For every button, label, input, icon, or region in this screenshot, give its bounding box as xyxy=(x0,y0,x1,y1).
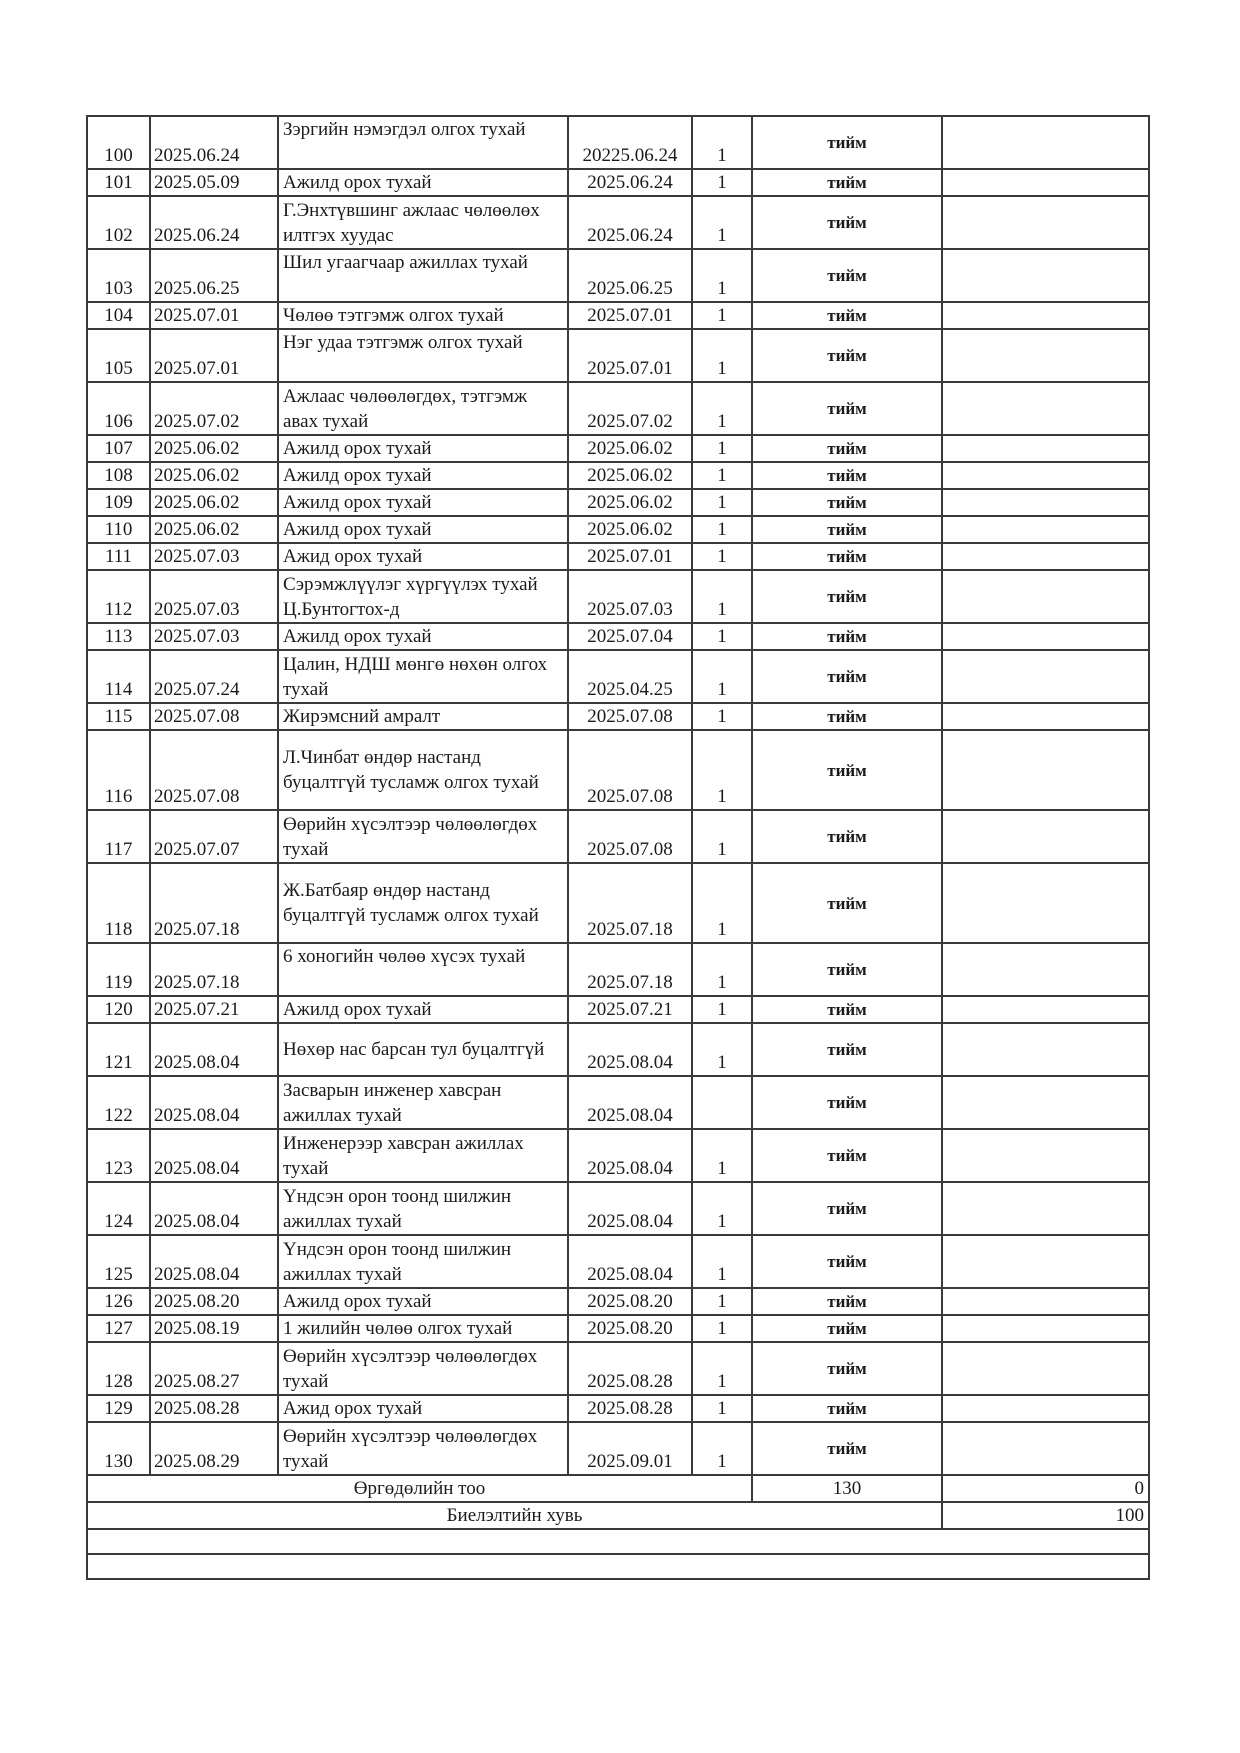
table-row: 112 2025.07.03 Сэрэмжлүүлэг хүргүүлэх ту… xyxy=(87,570,1149,623)
note xyxy=(942,249,1149,302)
received-date: 2025.06.02 xyxy=(150,489,278,516)
received-date: 2025.06.25 xyxy=(150,249,278,302)
subject: Ажлаас чөлөөлөгдөх, тэтгэмж авах тухай xyxy=(278,382,568,435)
table-row: 118 2025.07.18 Ж.Батбаяр өндөр настанд б… xyxy=(87,863,1149,943)
row-number: 105 xyxy=(87,329,150,382)
subject: Ажилд орох тухай xyxy=(278,516,568,543)
received-date: 2025.08.29 xyxy=(150,1422,278,1475)
count: 1 xyxy=(692,730,752,810)
row-number: 116 xyxy=(87,730,150,810)
note xyxy=(942,1182,1149,1235)
table-row: 104 2025.07.01 Чөлөө тэтгэмж олгох тухай… xyxy=(87,302,1149,329)
note xyxy=(942,1422,1149,1475)
resolved-date: 2025.07.08 xyxy=(568,730,692,810)
completion-row: Биелэлтийн хувь 100 xyxy=(87,1502,1149,1529)
resolved-date: 2025.06.02 xyxy=(568,516,692,543)
received-date: 2025.07.03 xyxy=(150,570,278,623)
status: тийм xyxy=(752,382,942,435)
count: 1 xyxy=(692,810,752,863)
resolved-date: 2025.09.01 xyxy=(568,1422,692,1475)
received-date: 2025.06.24 xyxy=(150,196,278,249)
row-number: 113 xyxy=(87,623,150,650)
row-number: 128 xyxy=(87,1342,150,1395)
table-row: 111 2025.07.03 Ажид орох тухай 2025.07.0… xyxy=(87,543,1149,570)
row-number: 102 xyxy=(87,196,150,249)
row-number: 104 xyxy=(87,302,150,329)
resolved-date: 2025.07.08 xyxy=(568,810,692,863)
count: 1 xyxy=(692,1342,752,1395)
table-row: 114 2025.07.24 Цалин, НДШ мөнгө нөхөн ол… xyxy=(87,650,1149,703)
table-row: 126 2025.08.20 Ажилд орох тухай 2025.08.… xyxy=(87,1288,1149,1315)
row-number: 117 xyxy=(87,810,150,863)
count: 1 xyxy=(692,623,752,650)
table-row: 117 2025.07.07 Өөрийн хүсэлтээр чөлөөлөг… xyxy=(87,810,1149,863)
status: тийм xyxy=(752,1129,942,1182)
subject: Л.Чинбат өндөр настанд буцалтгүй тусламж… xyxy=(278,730,568,810)
count: 1 xyxy=(692,116,752,169)
status: тийм xyxy=(752,1023,942,1076)
received-date: 2025.06.02 xyxy=(150,435,278,462)
status: тийм xyxy=(752,623,942,650)
resolved-date: 2025.07.18 xyxy=(568,943,692,996)
resolved-date: 2025.04.25 xyxy=(568,650,692,703)
row-number: 109 xyxy=(87,489,150,516)
subject: Өөрийн хүсэлтээр чөлөөлөгдөх тухай xyxy=(278,810,568,863)
row-number: 129 xyxy=(87,1395,150,1422)
row-number: 101 xyxy=(87,169,150,196)
count: 1 xyxy=(692,1235,752,1288)
row-number: 120 xyxy=(87,996,150,1023)
row-number: 106 xyxy=(87,382,150,435)
note xyxy=(942,703,1149,730)
note xyxy=(942,943,1149,996)
status: тийм xyxy=(752,863,942,943)
resolved-date: 2025.08.28 xyxy=(568,1342,692,1395)
received-date: 2025.07.01 xyxy=(150,302,278,329)
subject: Ажилд орох тухай xyxy=(278,996,568,1023)
row-number: 121 xyxy=(87,1023,150,1076)
subject: Ажилд орох тухай xyxy=(278,1288,568,1315)
received-date: 2025.07.02 xyxy=(150,382,278,435)
received-date: 2025.08.04 xyxy=(150,1182,278,1235)
status: тийм xyxy=(752,730,942,810)
status: тийм xyxy=(752,543,942,570)
received-date: 2025.08.19 xyxy=(150,1315,278,1342)
resolved-date: 2025.06.25 xyxy=(568,249,692,302)
note xyxy=(942,1288,1149,1315)
applications-table: 100 2025.06.24 Зэргийн нэмэгдэл олгох ту… xyxy=(86,115,1150,1580)
status: тийм xyxy=(752,489,942,516)
subject: Чөлөө тэтгэмж олгох тухай xyxy=(278,302,568,329)
total-pending: 0 xyxy=(942,1475,1149,1502)
received-date: 2025.07.21 xyxy=(150,996,278,1023)
resolved-date: 2025.07.01 xyxy=(568,543,692,570)
resolved-date: 2025.07.01 xyxy=(568,329,692,382)
note xyxy=(942,1342,1149,1395)
row-number: 126 xyxy=(87,1288,150,1315)
received-date: 2025.06.02 xyxy=(150,516,278,543)
status: тийм xyxy=(752,169,942,196)
subject: Ажилд орох тухай xyxy=(278,462,568,489)
subject: Ажид орох тухай xyxy=(278,543,568,570)
count: 1 xyxy=(692,943,752,996)
count: 1 xyxy=(692,1422,752,1475)
empty-cell xyxy=(87,1529,1149,1554)
status: тийм xyxy=(752,516,942,543)
received-date: 2025.07.01 xyxy=(150,329,278,382)
count: 1 xyxy=(692,382,752,435)
resolved-date: 2025.06.24 xyxy=(568,169,692,196)
row-number: 107 xyxy=(87,435,150,462)
status: тийм xyxy=(752,1342,942,1395)
count: 1 xyxy=(692,650,752,703)
status: тийм xyxy=(752,570,942,623)
subject: Ажилд орох тухай xyxy=(278,623,568,650)
subject: 1 жилийн чөлөө олгох тухай xyxy=(278,1315,568,1342)
completion-label: Биелэлтийн хувь xyxy=(87,1502,942,1529)
resolved-date: 2025.08.04 xyxy=(568,1129,692,1182)
table-row: 102 2025.06.24 Г.Энхтүвшинг ажлаас чөлөө… xyxy=(87,196,1149,249)
row-number: 100 xyxy=(87,116,150,169)
note xyxy=(942,196,1149,249)
received-date: 2025.07.03 xyxy=(150,543,278,570)
status: тийм xyxy=(752,1288,942,1315)
status: тийм xyxy=(752,302,942,329)
resolved-date: 2025.08.04 xyxy=(568,1182,692,1235)
subject: 6 хоногийн чөлөө хүсэх тухай xyxy=(278,943,568,996)
note xyxy=(942,1023,1149,1076)
total-row: Өргөдөлийн тоо 130 0 xyxy=(87,1475,1149,1502)
count: 1 xyxy=(692,863,752,943)
row-number: 114 xyxy=(87,650,150,703)
count: 1 xyxy=(692,435,752,462)
note xyxy=(942,489,1149,516)
status: тийм xyxy=(752,329,942,382)
table-row: 120 2025.07.21 Ажилд орох тухай 2025.07.… xyxy=(87,996,1149,1023)
subject: Жирэмсний амралт xyxy=(278,703,568,730)
note xyxy=(942,863,1149,943)
count: 1 xyxy=(692,489,752,516)
completion-percent: 100 xyxy=(942,1502,1149,1529)
subject: Засварын инженер хавсран ажиллах тухай xyxy=(278,1076,568,1129)
note xyxy=(942,1315,1149,1342)
resolved-date: 2025.07.01 xyxy=(568,302,692,329)
table-row: 105 2025.07.01 Нэг удаа тэтгэмж олгох ту… xyxy=(87,329,1149,382)
table-row: 109 2025.06.02 Ажилд орох тухай 2025.06.… xyxy=(87,489,1149,516)
resolved-date: 2025.06.02 xyxy=(568,435,692,462)
table-row: 129 2025.08.28 Ажид орох тухай 2025.08.2… xyxy=(87,1395,1149,1422)
status: тийм xyxy=(752,435,942,462)
table-row: 119 2025.07.18 6 хоногийн чөлөө хүсэх ту… xyxy=(87,943,1149,996)
subject: Цалин, НДШ мөнгө нөхөн олгох тухай xyxy=(278,650,568,703)
count: 1 xyxy=(692,703,752,730)
table-row: 113 2025.07.03 Ажилд орох тухай 2025.07.… xyxy=(87,623,1149,650)
row-number: 111 xyxy=(87,543,150,570)
subject: Ажилд орох тухай xyxy=(278,169,568,196)
received-date: 2025.06.02 xyxy=(150,462,278,489)
status: тийм xyxy=(752,1422,942,1475)
subject: Ажид орох тухай xyxy=(278,1395,568,1422)
count xyxy=(692,1076,752,1129)
table-row: 107 2025.06.02 Ажилд орох тухай 2025.06.… xyxy=(87,435,1149,462)
subject: Өөрийн хүсэлтээр чөлөөлөгдөх тухай xyxy=(278,1342,568,1395)
row-number: 127 xyxy=(87,1315,150,1342)
status: тийм xyxy=(752,1076,942,1129)
row-number: 122 xyxy=(87,1076,150,1129)
note xyxy=(942,1395,1149,1422)
received-date: 2025.08.04 xyxy=(150,1129,278,1182)
table-row: 130 2025.08.29 Өөрийн хүсэлтээр чөлөөлөг… xyxy=(87,1422,1149,1475)
subject: Өөрийн хүсэлтээр чөлөөлөгдөх тухай xyxy=(278,1422,568,1475)
subject: Сэрэмжлүүлэг хүргүүлэх тухай Ц.Бунтогтох… xyxy=(278,570,568,623)
note xyxy=(942,1076,1149,1129)
total-count: 130 xyxy=(752,1475,942,1502)
empty-row xyxy=(87,1554,1149,1579)
subject: Ажилд орох тухай xyxy=(278,435,568,462)
received-date: 2025.07.08 xyxy=(150,703,278,730)
received-date: 2025.08.04 xyxy=(150,1235,278,1288)
note xyxy=(942,730,1149,810)
table-row: 121 2025.08.04 Нөхөр нас барсан тул буца… xyxy=(87,1023,1149,1076)
table-row: 115 2025.07.08 Жирэмсний амралт 2025.07.… xyxy=(87,703,1149,730)
subject: Нөхөр нас барсан тул буцалтгүй xyxy=(278,1023,568,1076)
received-date: 2025.07.24 xyxy=(150,650,278,703)
count: 1 xyxy=(692,996,752,1023)
table-row: 100 2025.06.24 Зэргийн нэмэгдэл олгох ту… xyxy=(87,116,1149,169)
table-row: 122 2025.08.04 Засварын инженер хавсран … xyxy=(87,1076,1149,1129)
table-row: 103 2025.06.25 Шил угаагчаар ажиллах тух… xyxy=(87,249,1149,302)
status: тийм xyxy=(752,462,942,489)
resolved-date: 2025.08.04 xyxy=(568,1076,692,1129)
note xyxy=(942,116,1149,169)
resolved-date: 2025.07.08 xyxy=(568,703,692,730)
subject: Г.Энхтүвшинг ажлаас чөлөөлөх илтгэх хууд… xyxy=(278,196,568,249)
resolved-date: 2025.07.02 xyxy=(568,382,692,435)
note xyxy=(942,810,1149,863)
count: 1 xyxy=(692,570,752,623)
table-row: 123 2025.08.04 Инженерээр хавсран ажилла… xyxy=(87,1129,1149,1182)
table-row: 128 2025.08.27 Өөрийн хүсэлтээр чөлөөлөг… xyxy=(87,1342,1149,1395)
note xyxy=(942,996,1149,1023)
received-date: 2025.08.27 xyxy=(150,1342,278,1395)
status: тийм xyxy=(752,996,942,1023)
note xyxy=(942,302,1149,329)
status: тийм xyxy=(752,810,942,863)
resolved-date: 2025.08.20 xyxy=(568,1288,692,1315)
count: 1 xyxy=(692,302,752,329)
status: тийм xyxy=(752,116,942,169)
empty-row xyxy=(87,1529,1149,1554)
note xyxy=(942,462,1149,489)
count: 1 xyxy=(692,196,752,249)
status: тийм xyxy=(752,1395,942,1422)
table-row: 106 2025.07.02 Ажлаас чөлөөлөгдөх, тэтгэ… xyxy=(87,382,1149,435)
resolved-date: 2025.06.02 xyxy=(568,462,692,489)
count: 1 xyxy=(692,329,752,382)
table-row: 108 2025.06.02 Ажилд орох тухай 2025.06.… xyxy=(87,462,1149,489)
table-row: 125 2025.08.04 Үндсэн орон тоонд шилжин … xyxy=(87,1235,1149,1288)
count: 1 xyxy=(692,1023,752,1076)
row-number: 119 xyxy=(87,943,150,996)
table-row: 110 2025.06.02 Ажилд орох тухай 2025.06.… xyxy=(87,516,1149,543)
resolved-date: 2025.07.03 xyxy=(568,570,692,623)
received-date: 2025.07.18 xyxy=(150,863,278,943)
received-date: 2025.08.20 xyxy=(150,1288,278,1315)
resolved-date: 2025.07.18 xyxy=(568,863,692,943)
count: 1 xyxy=(692,169,752,196)
status: тийм xyxy=(752,196,942,249)
status: тийм xyxy=(752,703,942,730)
received-date: 2025.07.03 xyxy=(150,623,278,650)
row-number: 112 xyxy=(87,570,150,623)
row-number: 124 xyxy=(87,1182,150,1235)
subject: Шил угаагчаар ажиллах тухай xyxy=(278,249,568,302)
subject: Үндсэн орон тоонд шилжин ажиллах тухай xyxy=(278,1182,568,1235)
status: тийм xyxy=(752,943,942,996)
note xyxy=(942,516,1149,543)
status: тийм xyxy=(752,1235,942,1288)
row-number: 103 xyxy=(87,249,150,302)
row-number: 130 xyxy=(87,1422,150,1475)
note xyxy=(942,570,1149,623)
note xyxy=(942,435,1149,462)
note xyxy=(942,650,1149,703)
subject: Зэргийн нэмэгдэл олгох тухай xyxy=(278,116,568,169)
resolved-date: 2025.08.20 xyxy=(568,1315,692,1342)
count: 1 xyxy=(692,543,752,570)
row-number: 115 xyxy=(87,703,150,730)
subject: Ж.Батбаяр өндөр настанд буцалтгүй туслам… xyxy=(278,863,568,943)
count: 1 xyxy=(692,462,752,489)
received-date: 2025.07.07 xyxy=(150,810,278,863)
resolved-date: 2025.08.28 xyxy=(568,1395,692,1422)
resolved-date: 2025.07.04 xyxy=(568,623,692,650)
count: 1 xyxy=(692,1129,752,1182)
table-row: 127 2025.08.19 1 жилийн чөлөө олгох туха… xyxy=(87,1315,1149,1342)
subject: Нэг удаа тэтгэмж олгох тухай xyxy=(278,329,568,382)
received-date: 2025.08.04 xyxy=(150,1076,278,1129)
status: тийм xyxy=(752,650,942,703)
count: 1 xyxy=(692,1395,752,1422)
received-date: 2025.06.24 xyxy=(150,116,278,169)
received-date: 2025.07.18 xyxy=(150,943,278,996)
row-number: 123 xyxy=(87,1129,150,1182)
status: тийм xyxy=(752,1315,942,1342)
count: 1 xyxy=(692,1182,752,1235)
note xyxy=(942,543,1149,570)
resolved-date: 2025.08.04 xyxy=(568,1023,692,1076)
row-number: 118 xyxy=(87,863,150,943)
row-number: 110 xyxy=(87,516,150,543)
table-row: 116 2025.07.08 Л.Чинбат өндөр настанд бу… xyxy=(87,730,1149,810)
row-number: 108 xyxy=(87,462,150,489)
resolved-date: 2025.07.21 xyxy=(568,996,692,1023)
resolved-date: 2025.06.24 xyxy=(568,196,692,249)
resolved-date: 2025.06.02 xyxy=(568,489,692,516)
received-date: 2025.07.08 xyxy=(150,730,278,810)
resolved-date: 2025.08.04 xyxy=(568,1235,692,1288)
status: тийм xyxy=(752,249,942,302)
note xyxy=(942,1129,1149,1182)
count: 1 xyxy=(692,516,752,543)
subject: Үндсэн орон тоонд шилжин ажиллах тухай xyxy=(278,1235,568,1288)
note xyxy=(942,382,1149,435)
resolved-date: 20225.06.24 xyxy=(568,116,692,169)
subject: Инженерээр хавсран ажиллах тухай xyxy=(278,1129,568,1182)
count: 1 xyxy=(692,1315,752,1342)
table-row: 124 2025.08.04 Үндсэн орон тоонд шилжин … xyxy=(87,1182,1149,1235)
received-date: 2025.08.04 xyxy=(150,1023,278,1076)
received-date: 2025.05.09 xyxy=(150,169,278,196)
total-label: Өргөдөлийн тоо xyxy=(87,1475,752,1502)
note xyxy=(942,1235,1149,1288)
subject: Ажилд орох тухай xyxy=(278,489,568,516)
note xyxy=(942,623,1149,650)
count: 1 xyxy=(692,1288,752,1315)
table-row: 101 2025.05.09 Ажилд орох тухай 2025.06.… xyxy=(87,169,1149,196)
status: тийм xyxy=(752,1182,942,1235)
note xyxy=(942,329,1149,382)
row-number: 125 xyxy=(87,1235,150,1288)
count: 1 xyxy=(692,249,752,302)
note xyxy=(942,169,1149,196)
empty-cell xyxy=(87,1554,1149,1579)
received-date: 2025.08.28 xyxy=(150,1395,278,1422)
